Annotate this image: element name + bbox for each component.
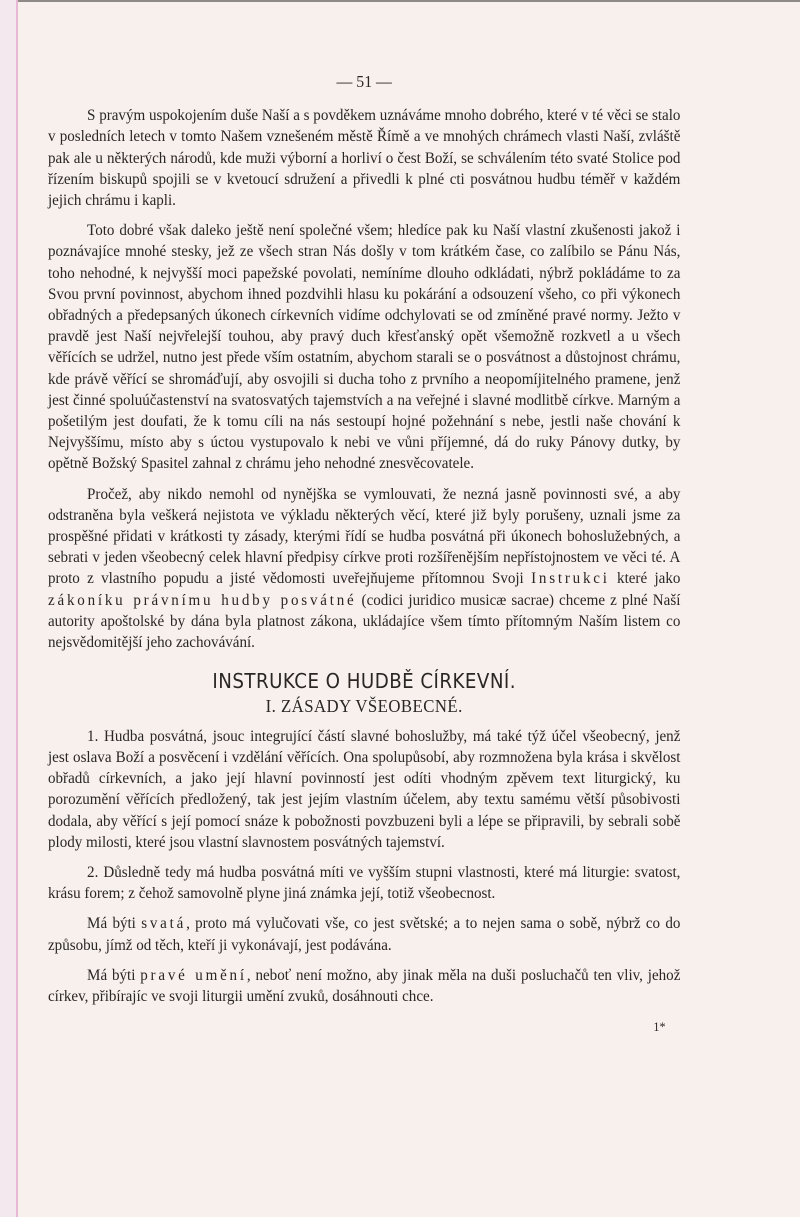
text: Má býti xyxy=(87,914,141,932)
document-page: — 51 — S pravým uspokojením duše Naší a … xyxy=(48,60,636,1037)
paragraph-instrukce: Pročež, aby nikdo nemohl od nynějška se … xyxy=(48,484,680,654)
paragraph-intro-1: S pravým uspokojením duše Naší a s povdě… xyxy=(48,105,680,211)
page-number: — 51 — xyxy=(48,71,680,92)
paragraph-section-1: 1. Hudba posvátná, jsouc integrující čás… xyxy=(48,726,680,853)
text: Má býti xyxy=(87,966,140,984)
paragraph-umeni: Má býti pravé umění, neboť není možno, a… xyxy=(48,965,680,1007)
section-heading: INSTRUKCE O HUDBĚ CÍRKEVNÍ. xyxy=(54,671,674,692)
signature-mark: 1* xyxy=(48,1016,680,1037)
paragraph-section-2: 2. Důsledně tedy má hudba posvátná míti … xyxy=(48,862,680,904)
spaced-text: pravé umění xyxy=(140,966,247,984)
spaced-text: Instrukci xyxy=(531,569,610,587)
paragraph-intro-2: Toto dobré však daleko ještě není společ… xyxy=(48,220,680,474)
page-edge xyxy=(0,0,16,1217)
paragraph-svata: Má býti svatá, proto má vylučovati vše, … xyxy=(48,913,680,955)
spaced-text: zákoníku právnímu hudby posvátné xyxy=(48,591,356,609)
section-subheading: I. ZÁSADY VŠEOBECNÉ. xyxy=(48,696,680,717)
scan-top-border xyxy=(0,0,800,2)
page-edge-line xyxy=(16,0,18,1217)
text: které jako xyxy=(610,569,681,587)
spaced-text: svatá xyxy=(141,914,186,932)
